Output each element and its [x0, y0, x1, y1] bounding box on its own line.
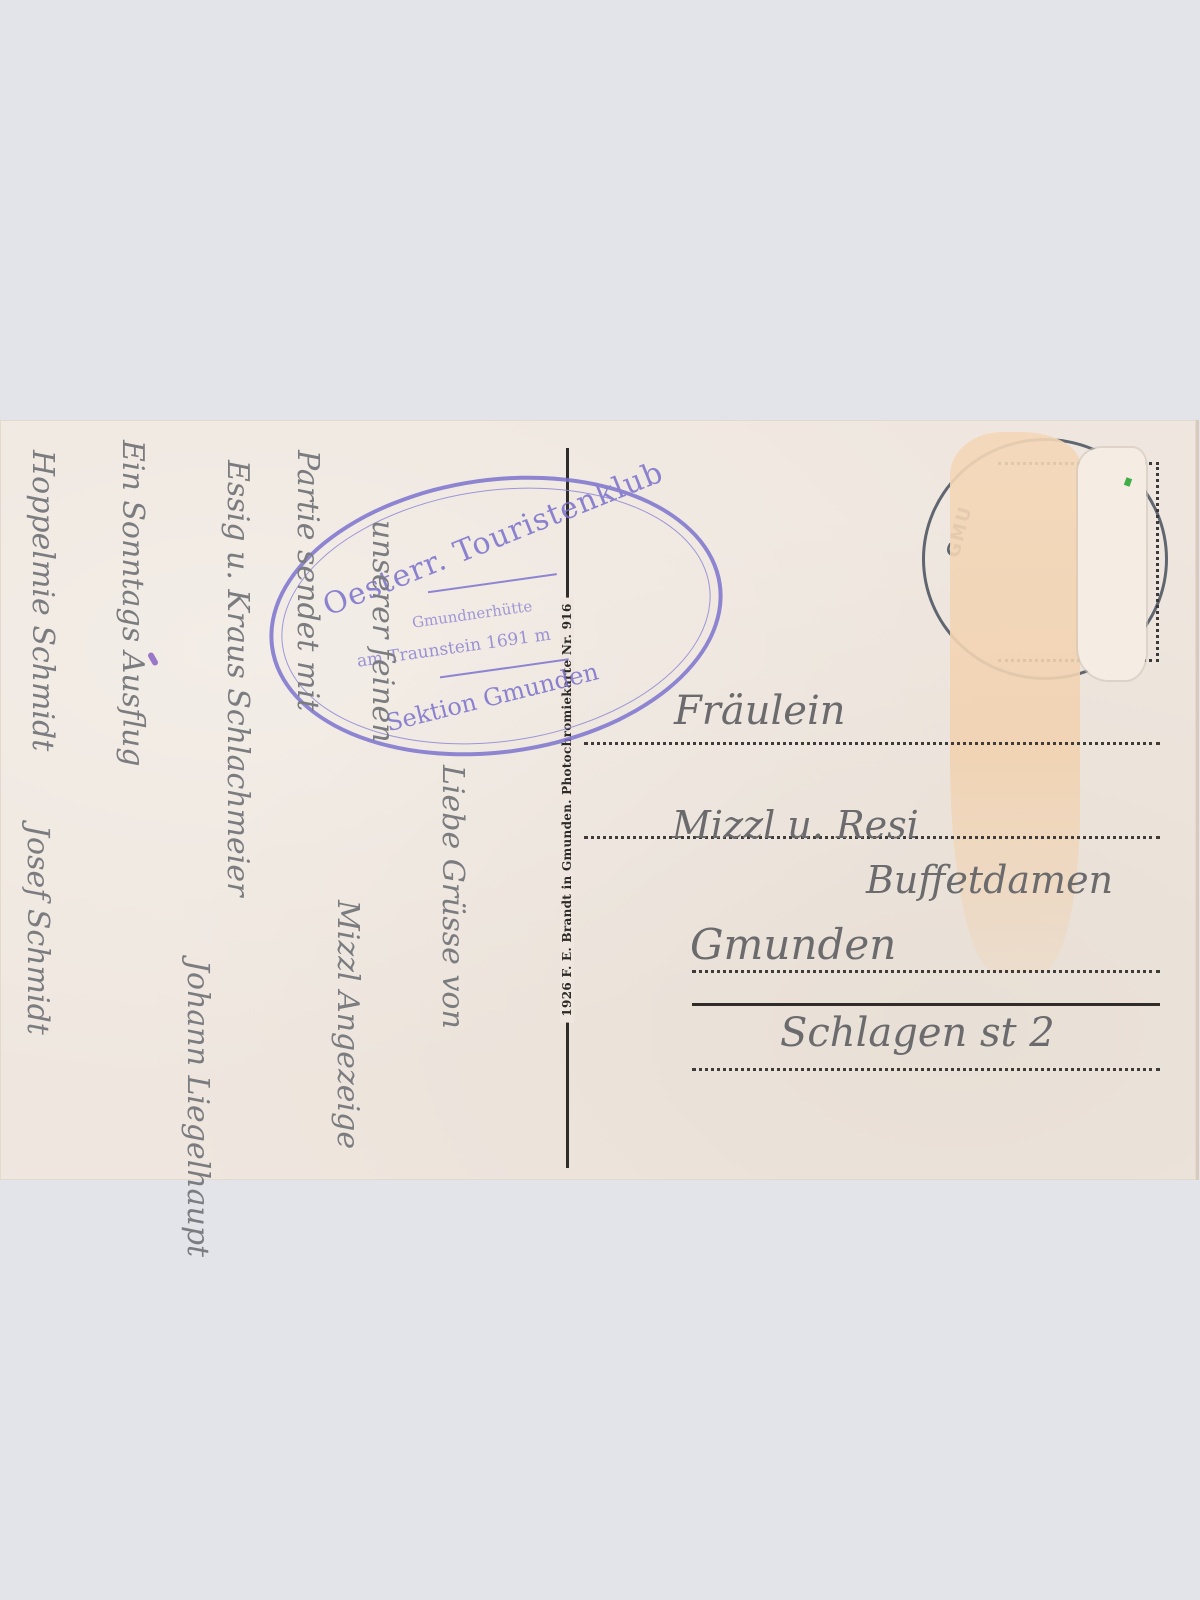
message-line: Hoppelmie Schmidt	[25, 450, 60, 751]
message-line: Partie sendet mit	[290, 450, 325, 711]
message-line: Liebe Grüsse von	[435, 765, 470, 1029]
address-line-3	[692, 970, 1160, 973]
message-line: Essig u. Kraus Schlachmeier	[220, 460, 255, 896]
message-line: unserer feinen	[365, 520, 400, 743]
address-recipient-title: Fräulein	[674, 688, 846, 734]
message-line: Johann Liegelhaupt	[180, 960, 215, 1257]
postcard: 1926 F. E. Brandt in Gmunden. Photochrom…	[0, 420, 1199, 1180]
address-recipient-names: Mizzl u. Resi	[672, 803, 919, 847]
message-line: Ein Sonntags Ausflug	[115, 440, 150, 767]
address-line-1	[584, 742, 1160, 745]
message-line: Josef Schmidt	[20, 825, 55, 1035]
address-town: Gmunden	[690, 920, 896, 969]
address-street: Schlagen st 2	[780, 1010, 1055, 1056]
address-recipient-role: Buffetdamen	[866, 858, 1113, 902]
address-line-4	[692, 1068, 1160, 1071]
message-line: Mizzl Angezeige	[330, 900, 365, 1149]
address-underline-solid	[692, 1003, 1160, 1006]
torn-stamp-remnant	[1078, 448, 1146, 680]
